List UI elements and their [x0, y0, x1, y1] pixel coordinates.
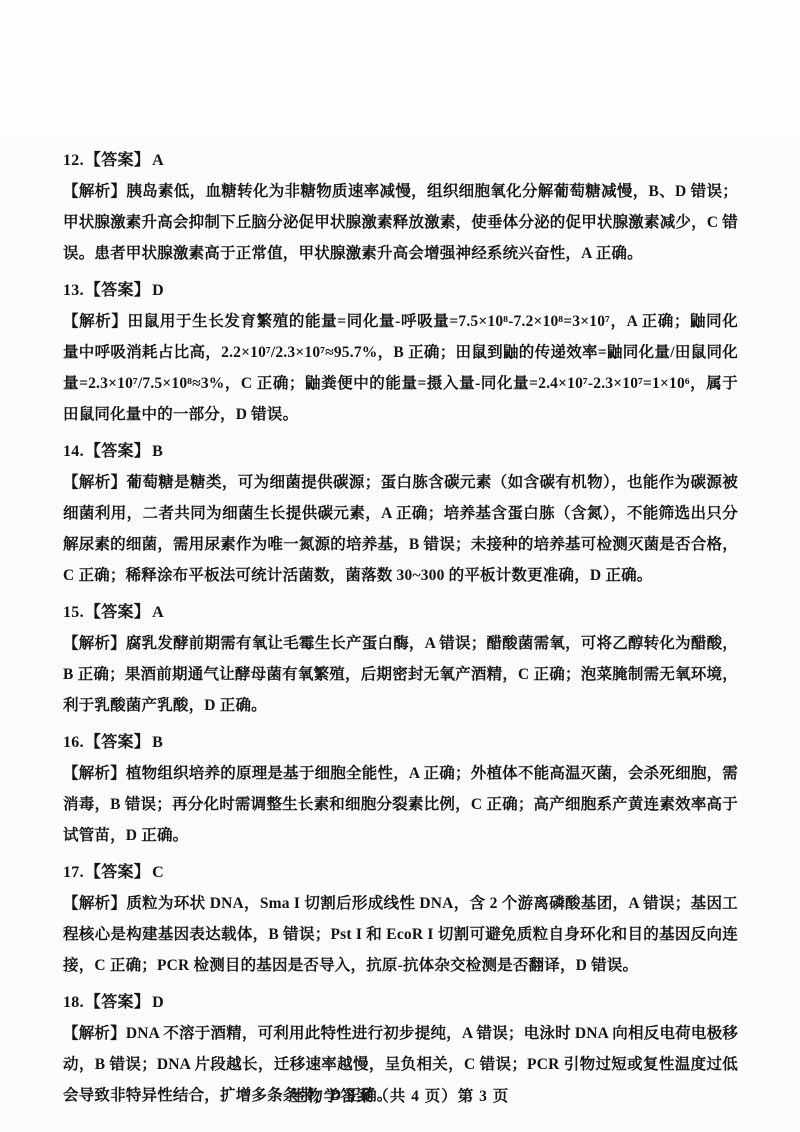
analysis-text: 田鼠用于生长发育繁殖的能量=同化量-呼吸量=7.5×10⁸-7.2×10⁸=3×… [63, 313, 738, 423]
document-page: 12.【答案】A 【解析】胰岛素低，血糖转化为非糖物质速率减慢，组织细胞氧化分解… [0, 0, 800, 1132]
answer-item-13: 13.【答案】D 【解析】田鼠用于生长发育繁殖的能量=同化量-呼吸量=7.5×1… [63, 275, 738, 430]
analysis-text: 葡萄糖是糖类，可为细菌提供碳源；蛋白胨含碳元素（如含碳有机物），也能作为碳源被细… [63, 474, 738, 584]
answer-line: 17.【答案】C [63, 857, 738, 888]
answer-label: 【答案】 [85, 443, 150, 460]
analysis-text: 腐乳发酵前期需有氧让毛霉生长产蛋白酶，A 错误；醋酸菌需氧，可将乙醇转化为醋酸，… [63, 635, 738, 714]
answer-label: 【答案】 [85, 152, 150, 169]
analysis-paragraph: 【解析】田鼠用于生长发育繁殖的能量=同化量-呼吸量=7.5×10⁸-7.2×10… [63, 306, 738, 430]
answer-value: A [152, 604, 164, 621]
answer-label: 【答案】 [85, 604, 150, 621]
answer-label: 【答案】 [85, 734, 150, 751]
answer-item-15: 15.【答案】A 【解析】腐乳发酵前期需有氧让毛霉生长产蛋白酶，A 错误；醋酸菌… [63, 597, 738, 721]
analysis-label: 【解析】 [63, 895, 126, 912]
analysis-text: 质粒为环状 DNA，Sma I 切割后形成线性 DNA，含 2 个游离磷酸基团，… [63, 895, 738, 974]
analysis-text: 植物组织培养的原理是基于细胞全能性，A 正确；外植体不能高温灭菌，会杀死细胞，需… [63, 765, 738, 844]
answer-value: A [152, 152, 164, 169]
answer-line: 12.【答案】A [63, 145, 738, 176]
page-footer: 生物学答案（共 4 页）第 3 页 [0, 1084, 800, 1106]
analysis-paragraph: 【解析】植物组织培养的原理是基于细胞全能性，A 正确；外植体不能高温灭菌，会杀死… [63, 758, 738, 851]
answer-label: 【答案】 [85, 864, 150, 881]
question-number: 13. [63, 282, 84, 299]
answer-line: 13.【答案】D [63, 275, 738, 306]
question-number: 12. [63, 152, 84, 169]
question-number: 16. [63, 734, 84, 751]
answer-value: C [152, 864, 164, 881]
answer-label: 【答案】 [85, 282, 150, 299]
answer-item-12: 12.【答案】A 【解析】胰岛素低，血糖转化为非糖物质速率减慢，组织细胞氧化分解… [63, 145, 738, 269]
analysis-paragraph: 【解析】胰岛素低，血糖转化为非糖物质速率减慢，组织细胞氧化分解葡萄糖减慢，B、D… [63, 176, 738, 269]
analysis-label: 【解析】 [63, 1025, 126, 1042]
answer-item-14: 14.【答案】B 【解析】葡萄糖是糖类，可为细菌提供碳源；蛋白胨含碳元素（如含碳… [63, 436, 738, 591]
analysis-label: 【解析】 [63, 635, 126, 652]
answer-label: 【答案】 [85, 994, 150, 1011]
question-number: 14. [63, 443, 84, 460]
analysis-label: 【解析】 [63, 474, 127, 491]
question-number: 17. [63, 864, 84, 881]
analysis-text: 胰岛素低，血糖转化为非糖物质速率减慢，组织细胞氧化分解葡萄糖减慢，B、D 错误；… [63, 183, 738, 262]
answers-content: 12.【答案】A 【解析】胰岛素低，血糖转化为非糖物质速率减慢，组织细胞氧化分解… [0, 0, 800, 1111]
analysis-label: 【解析】 [63, 313, 128, 330]
answer-value: B [152, 734, 163, 751]
analysis-label: 【解析】 [63, 765, 126, 782]
answer-item-17: 17.【答案】C 【解析】质粒为环状 DNA，Sma I 切割后形成线性 DNA… [63, 857, 738, 981]
answer-line: 18.【答案】D [63, 987, 738, 1018]
analysis-paragraph: 【解析】葡萄糖是糖类，可为细菌提供碳源；蛋白胨含碳元素（如含碳有机物），也能作为… [63, 467, 738, 591]
answer-value: D [152, 282, 164, 299]
question-number: 15. [63, 604, 84, 621]
question-number: 18. [63, 994, 84, 1011]
analysis-paragraph: 【解析】质粒为环状 DNA，Sma I 切割后形成线性 DNA，含 2 个游离磷… [63, 888, 738, 981]
answer-line: 15.【答案】A [63, 597, 738, 628]
answer-line: 16.【答案】B [63, 727, 738, 758]
answer-line: 14.【答案】B [63, 436, 738, 467]
analysis-paragraph: 【解析】腐乳发酵前期需有氧让毛霉生长产蛋白酶，A 错误；醋酸菌需氧，可将乙醇转化… [63, 628, 738, 721]
answer-value: D [152, 994, 164, 1011]
answer-value: B [152, 443, 163, 460]
analysis-label: 【解析】 [63, 183, 126, 200]
answer-item-16: 16.【答案】B 【解析】植物组织培养的原理是基于细胞全能性，A 正确；外植体不… [63, 727, 738, 851]
